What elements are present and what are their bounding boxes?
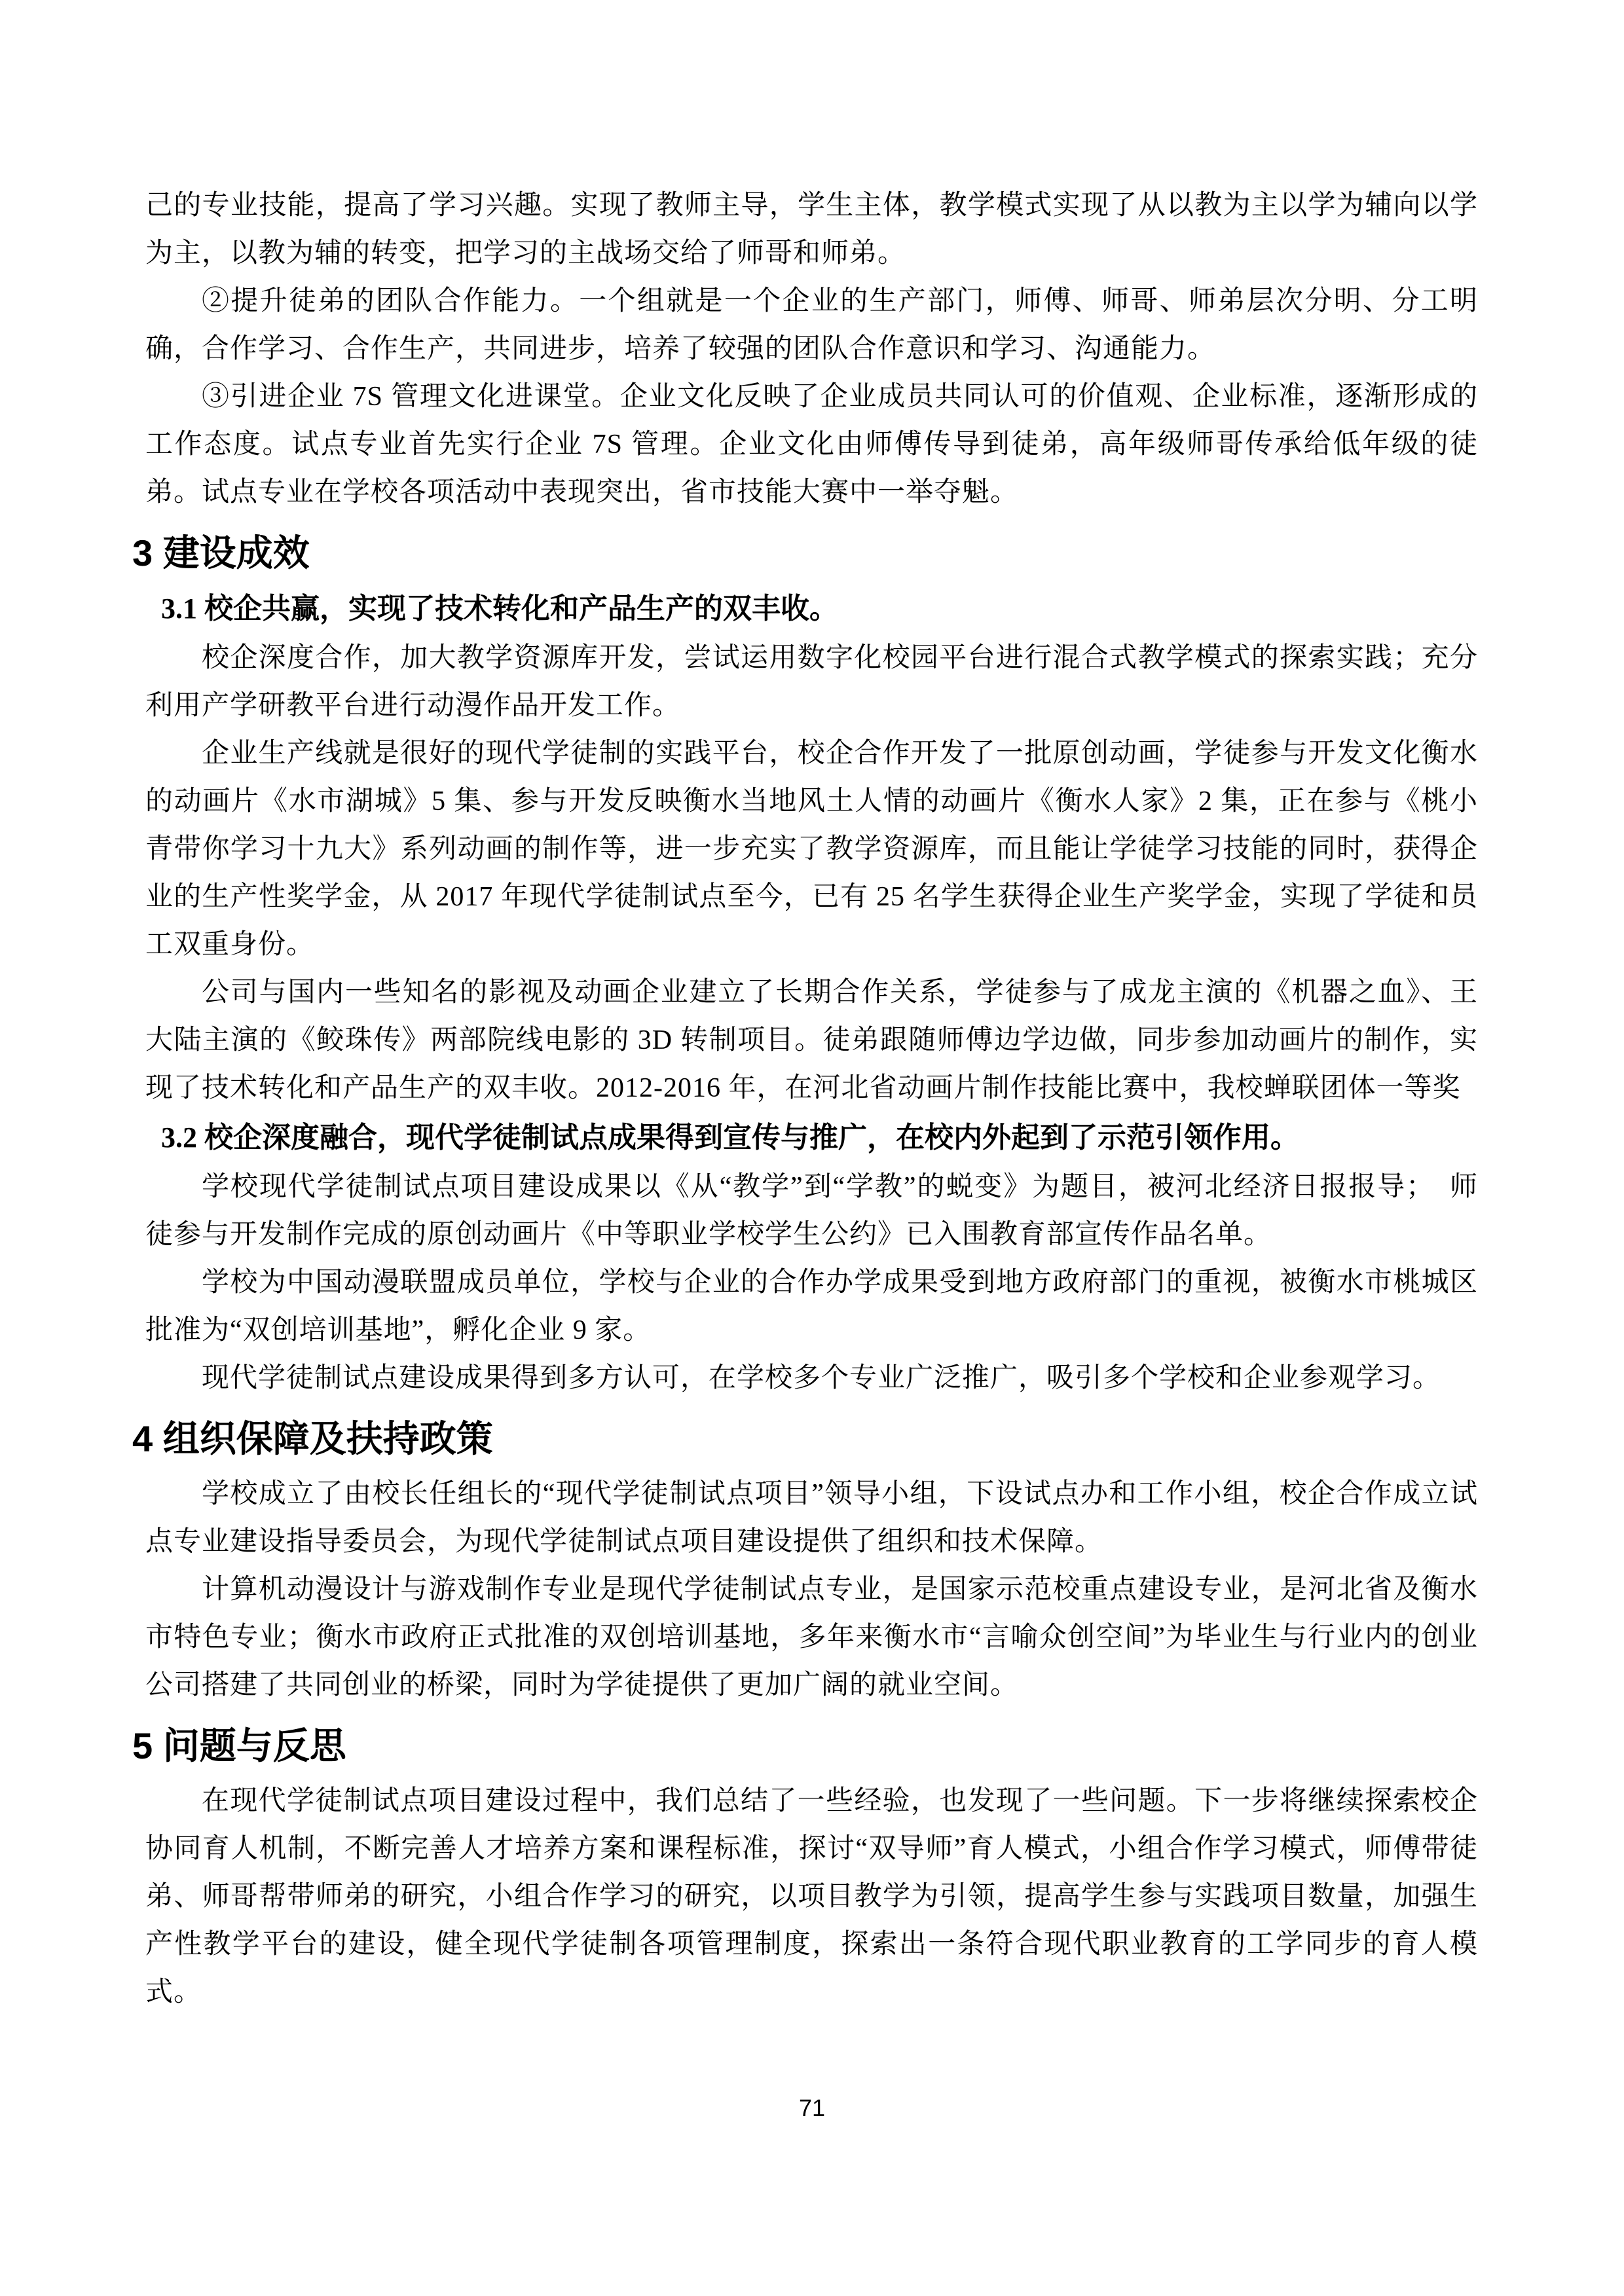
document-body: 己的专业技能，提高了学习兴趣。实现了教师主导，学生主体，教学模式实现了从以教为主… bbox=[145, 182, 1478, 2016]
paragraph: 企业生产线就是很好的现代学徒制的实践平台，校企合作开发了一批原创动画，学徒参与开… bbox=[145, 730, 1478, 969]
section-heading: 5 问题与反思 bbox=[132, 1721, 1478, 1771]
paragraph: 学校为中国动漫联盟成员单位，学校与企业的合作办学成果受到地方政府部门的重视，被衡… bbox=[145, 1259, 1478, 1355]
paragraph: 计算机动漫设计与游戏制作专业是现代学徒制试点专业，是国家示范校重点建设专业，是河… bbox=[145, 1566, 1478, 1709]
paragraph: 在现代学徒制试点项目建设过程中，我们总结了一些经验，也发现了一些问题。下一步将继… bbox=[145, 1777, 1478, 2016]
subsection-heading: 3.1 校企共赢，实现了技术转化和产品生产的双丰收。 bbox=[145, 585, 1478, 633]
paragraph: 校企深度合作，加大教学资源库开发，尝试运用数字化校园平台进行混合式教学模式的探索… bbox=[145, 634, 1478, 730]
subsection-heading: 3.2 校企深度融合，现代学徒制试点成果得到宣传与推广，在校内外起到了示范引领作… bbox=[145, 1114, 1478, 1162]
document-page: 己的专业技能，提高了学习兴趣。实现了教师主导，学生主体，教学模式实现了从以教为主… bbox=[0, 0, 1624, 2296]
paragraph: 现代学徒制试点建设成果得到多方认可，在学校多个专业广泛推广，吸引多个学校和企业参… bbox=[145, 1355, 1478, 1402]
page-footer: 71 bbox=[0, 2094, 1624, 2123]
section-heading: 4 组织保障及扶持政策 bbox=[132, 1414, 1478, 1464]
paragraph: 己的专业技能，提高了学习兴趣。实现了教师主导，学生主体，教学模式实现了从以教为主… bbox=[145, 182, 1478, 278]
paragraph: 公司与国内一些知名的影视及动画企业建立了长期合作关系，学徒参与了成龙主演的《机器… bbox=[145, 969, 1478, 1112]
paragraph: 学校成立了由校长任组长的“现代学徒制试点项目”领导小组，下设试点办和工作小组，校… bbox=[145, 1470, 1478, 1566]
paragraph: ②提升徒弟的团队合作能力。一个组就是一个企业的生产部门，师傅、师哥、师弟层次分明… bbox=[145, 278, 1478, 373]
paragraph: 学校现代学徒制试点项目建设成果以《从“教学”到“学教”的蜕变》为题目，被河北经济… bbox=[145, 1163, 1478, 1259]
section-heading: 3 建设成效 bbox=[132, 528, 1478, 578]
page-number: 71 bbox=[799, 2094, 825, 2121]
paragraph: ③引进企业 7S 管理文化进课堂。企业文化反映了企业成员共同认可的价值观、企业标… bbox=[145, 373, 1478, 517]
